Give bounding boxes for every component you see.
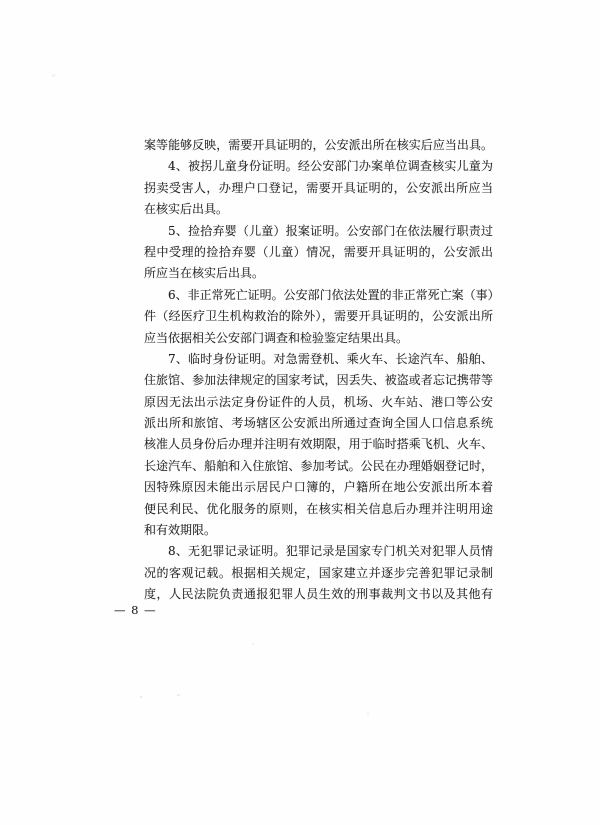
text-line: 7、临时身份证明。对急需登机、乘火车、长途汽车、船舶、 xyxy=(144,349,493,370)
text-line: 件（经医疗卫生机构救治的除外），需要开具证明的，公安派出所 xyxy=(144,306,493,327)
text-line: 和有效期限。 xyxy=(144,520,493,541)
text-line: 5、捡拾弃婴（儿童）报案证明。公安部门在依法履行职责过 xyxy=(144,221,493,242)
text-line: 拐卖受害人，办理户口登记，需要开具证明的，公安派出所应当 xyxy=(144,178,493,199)
text-line: 案等能够反映，需要开具证明的，公安派出所在核实后应当出具。 xyxy=(144,135,493,156)
text-line: 核准人员身份后办理并注明有效期限，用于临时搭乘飞机、火车、 xyxy=(144,434,493,455)
text-line: 况的客观记载。根据相关规定，国家建立并逐步完善犯罪记录制 xyxy=(144,563,493,584)
text-line: 6、非正常死亡证明。公安部门依法处置的非正常死亡案（事） xyxy=(144,285,493,306)
text-line: 程中受理的捡拾弃婴（儿童）情况，需要开具证明的，公安派出 xyxy=(144,242,493,263)
text-line: 住旅馆、参加法律规定的国家考试，因丢失、被盗或者忘记携带等 xyxy=(144,370,493,391)
scan-speckle xyxy=(252,643,254,645)
page-number: — 8 — xyxy=(114,603,157,617)
scanned-page: 案等能够反映，需要开具证明的，公安派出所在核实后应当出具。4、被拐儿童身份证明。… xyxy=(0,0,600,825)
scan-speckle xyxy=(367,713,369,715)
text-line: 应当依据相关公安部门调查和检验鉴定结果出具。 xyxy=(144,328,493,349)
text-line: 原因无法出示法定身份证件的人员，机场、火车站、港口等公安 xyxy=(144,392,493,413)
text-line: 因特殊原因未能出示居民户口簿的，户籍所在地公安派出所本着 xyxy=(144,477,493,498)
body-text: 案等能够反映，需要开具证明的，公安派出所在核实后应当出具。4、被拐儿童身份证明。… xyxy=(144,135,493,606)
text-line: 在核实后出具。 xyxy=(144,199,493,220)
text-line: 4、被拐儿童身份证明。经公安部门办案单位调查核实儿童为 xyxy=(144,156,493,177)
text-line: 派出所和旅馆、考场辖区公安派出所通过查询全国人口信息系统 xyxy=(144,413,493,434)
text-line: 所应当在核实后出具。 xyxy=(144,263,493,284)
text-line: 长途汽车、船舶和入住旅馆、参加考试。公民在办理婚姻登记时， xyxy=(144,456,493,477)
scan-speckle xyxy=(52,74,55,77)
text-line: 便民利民、优化服务的原则，在核实相关信息后办理并注明用途 xyxy=(144,499,493,520)
scan-speckle xyxy=(177,694,180,696)
text-line: 度，人民法院负责通报犯罪人员生效的刑事裁判文书以及其他有 xyxy=(144,584,493,605)
scan-speckle xyxy=(140,696,142,698)
text-line: 8、无犯罪记录证明。犯罪记录是国家专门机关对犯罪人员情 xyxy=(144,541,493,562)
